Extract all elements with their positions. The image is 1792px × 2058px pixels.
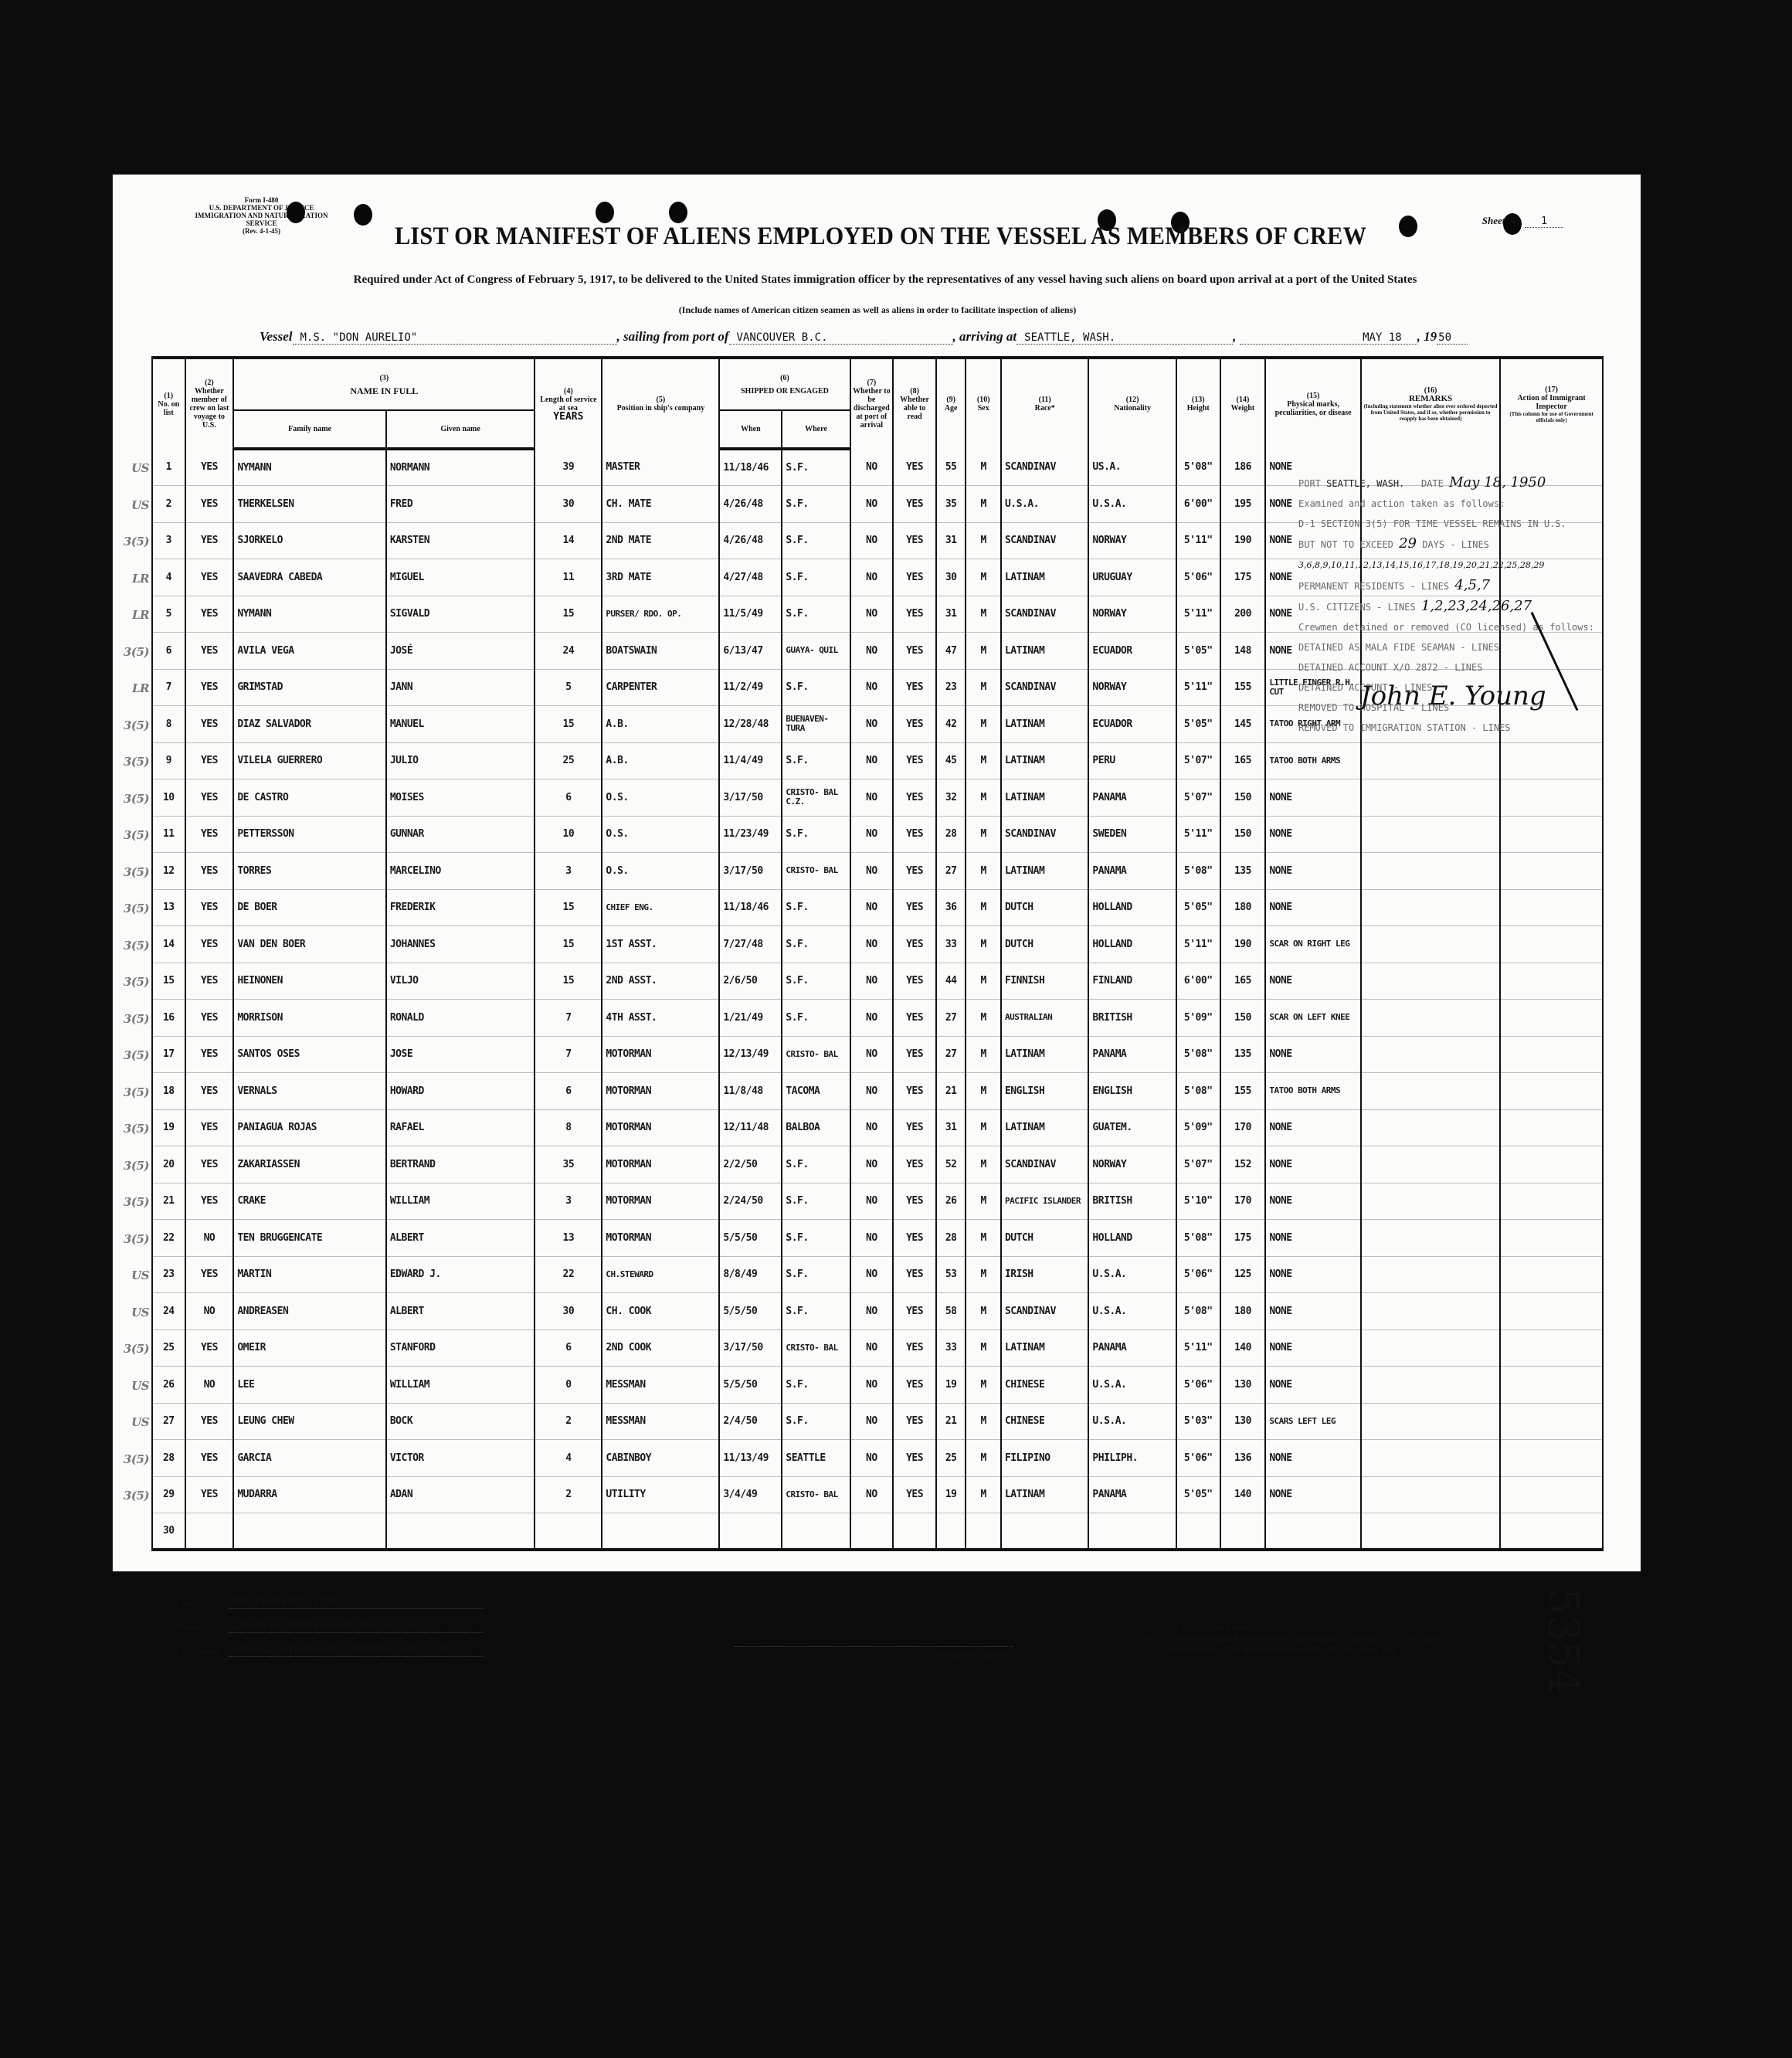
shipping-line: INDEPENDENCE LINE xyxy=(229,1596,484,1609)
cell-sex: M xyxy=(966,853,1001,890)
cell-given: STANFORD xyxy=(386,1330,535,1367)
cell-last-voyage: NO xyxy=(185,1220,234,1257)
cell-when: 11/13/49 xyxy=(719,1440,782,1477)
cell-nationality: U.S.A. xyxy=(1088,1367,1176,1404)
cell-sex: M xyxy=(966,889,1001,926)
cell-where: CRISTO- BAL xyxy=(782,1476,850,1513)
cell-last-voyage: YES xyxy=(185,486,234,523)
cell-sex: M xyxy=(966,1476,1001,1513)
table-row: 3(5)17YESSANTOS OSESJOSE7MOTORMAN12/13/4… xyxy=(152,1036,1603,1073)
cell-nationality: US.A. xyxy=(1088,449,1176,486)
cell-marks: NONE xyxy=(1265,1476,1361,1513)
cell-race: LATINAM xyxy=(1001,1036,1088,1073)
cell-height: 5'08" xyxy=(1176,1036,1220,1073)
cell-no: 3(5)17 xyxy=(152,1036,185,1073)
cell-race: SCANDINAV xyxy=(1001,816,1088,853)
cell-family: GRIMSTAD xyxy=(233,669,386,706)
cell-position: MESSMAN xyxy=(602,1367,719,1404)
cell-sex: M xyxy=(966,1146,1001,1184)
cell-remarks xyxy=(1361,1440,1500,1477)
col-3-header: (3)NAME IN FULL xyxy=(233,358,535,410)
cell-weight: 140 xyxy=(1220,1476,1266,1513)
cell-family: SJORKELO xyxy=(233,522,386,559)
cell-race: LATINAM xyxy=(1001,559,1088,596)
cell-remarks xyxy=(1361,1109,1500,1146)
cell-weight: 170 xyxy=(1220,1183,1266,1220)
cell-race: U.S.A. xyxy=(1001,486,1088,523)
cell-when: 4/27/48 xyxy=(719,559,782,596)
department-name: U.S. DEPARTMENT OF JUSTICE xyxy=(194,204,329,212)
cell-height: 5'08" xyxy=(1176,449,1220,486)
cell-race: SCANDINAV xyxy=(1001,596,1088,633)
cell-race: SCANDINAV xyxy=(1001,1146,1088,1184)
arriving-label: , arriving at xyxy=(953,329,1017,345)
roll-number: 5354 xyxy=(1539,1588,1588,1694)
table-row: 3(5)10YESDE CASTROMOISES6O.S.3/17/50CRIS… xyxy=(152,779,1603,817)
cell-age: 45 xyxy=(936,742,966,779)
cell-when: 2/24/50 xyxy=(719,1183,782,1220)
cell-position: MOTORMAN xyxy=(602,1183,719,1220)
cell-position: MOTORMAN xyxy=(602,1220,719,1257)
cell-family: DE BOER xyxy=(233,889,386,926)
cell-where: S.F. xyxy=(782,889,850,926)
cell-years: 2 xyxy=(535,1476,602,1513)
cell-race: LATINAM xyxy=(1001,633,1088,670)
stamp-us-lines: 1,2,23,24,26,27 xyxy=(1421,598,1532,614)
cell-family: MUDARRA xyxy=(233,1476,386,1513)
cell-weight xyxy=(1220,1513,1266,1550)
cell-given: JOSE xyxy=(386,1036,535,1073)
cell-remarks xyxy=(1361,1403,1500,1440)
cell-marks: SCAR ON RIGHT LEG xyxy=(1265,926,1361,963)
cell-family: TEN BRUGGENCATE xyxy=(233,1220,386,1257)
margin-annotation: LR xyxy=(118,572,149,586)
cell-nationality: FINLAND xyxy=(1088,963,1176,1000)
cell-weight: 150 xyxy=(1220,1000,1266,1037)
cell-discharged: NO xyxy=(850,1220,894,1257)
cell-when: 5/5/50 xyxy=(719,1293,782,1330)
cell-last-voyage xyxy=(185,1513,234,1550)
cell-last-voyage: YES xyxy=(185,926,234,963)
cell-no: 3(5)13 xyxy=(152,889,185,926)
cell-last-voyage: YES xyxy=(185,1183,234,1220)
cell-no: 3(5)8 xyxy=(152,706,185,743)
cell-race: LATINAM xyxy=(1001,853,1088,890)
cell-no: US2 xyxy=(152,486,185,523)
cell-discharged: NO xyxy=(850,706,894,743)
cell-years: 7 xyxy=(535,1000,602,1037)
stamp-date-label: DATE xyxy=(1421,478,1444,489)
cell-given: RONALD xyxy=(386,1000,535,1037)
cell-nationality: NORWAY xyxy=(1088,1146,1176,1184)
cell-family: HEINONEN xyxy=(233,963,386,1000)
cell-nationality: PANAMA xyxy=(1088,1330,1176,1367)
cell-read: YES xyxy=(893,1403,936,1440)
cell-sex: M xyxy=(966,669,1001,706)
col-8-header: (8)Whether able to read xyxy=(893,358,936,449)
cell-given: FRED xyxy=(386,486,535,523)
cell-race: DUTCH xyxy=(1001,889,1088,926)
cell-discharged: NO xyxy=(850,1183,894,1220)
cell-inspector-action xyxy=(1500,926,1603,963)
cell-remarks xyxy=(1361,889,1500,926)
cell-family: VILELA GUERRERO xyxy=(233,742,386,779)
cell-marks: TATOO BOTH ARMS xyxy=(1265,1073,1361,1110)
cell-read: YES xyxy=(893,1073,936,1110)
cell-weight: 190 xyxy=(1220,926,1266,963)
cell-when: 11/18/46 xyxy=(719,889,782,926)
cell-sex: M xyxy=(966,596,1001,633)
cell-years: 35 xyxy=(535,1146,602,1184)
cell-height xyxy=(1176,1513,1220,1550)
cell-remarks xyxy=(1361,816,1500,853)
table-row: 3(5)12YESTORRESMARCELINO3O.S.3/17/50CRIS… xyxy=(152,853,1603,890)
margin-annotation: 3(5) xyxy=(118,1159,149,1173)
cell-sex: M xyxy=(966,559,1001,596)
col-7-header: (7)Whether to be discharged at port of a… xyxy=(850,358,894,449)
cell-nationality: U.S.A. xyxy=(1088,486,1176,523)
cell-height: 5'06" xyxy=(1176,1440,1220,1477)
cell-remarks xyxy=(1361,1256,1500,1293)
cell-position: A.B. xyxy=(602,742,719,779)
cell-race: SCANDINAV xyxy=(1001,669,1088,706)
cell-age: 58 xyxy=(936,1293,966,1330)
table-row: 3(5)21YESCRAKEWILLIAM3MOTORMAN2/24/50S.F… xyxy=(152,1183,1603,1220)
cell-inspector-action xyxy=(1500,1000,1603,1037)
cell-weight: 165 xyxy=(1220,963,1266,1000)
cell-last-voyage: YES xyxy=(185,889,234,926)
cell-no: 3(5)6 xyxy=(152,633,185,670)
cell-position: MOTORMAN xyxy=(602,1109,719,1146)
margin-annotation: 3(5) xyxy=(118,865,149,879)
cell-no: 3(5)15 xyxy=(152,963,185,1000)
cell-where: TACOMA xyxy=(782,1073,850,1110)
footnote: *See list of races on back hereof. NOTE.… xyxy=(1140,1623,1448,1656)
cell-remarks xyxy=(1361,963,1500,1000)
cell-given: JULIO xyxy=(386,742,535,779)
punch-hole-icon xyxy=(354,204,372,226)
cell-given: BOCK xyxy=(386,1403,535,1440)
cell-race: FILIPINO xyxy=(1001,1440,1088,1477)
cell-read: YES xyxy=(893,1036,936,1073)
cell-no: 3(5)3 xyxy=(152,522,185,559)
cell-family: ANDREASEN xyxy=(233,1293,386,1330)
cell-position: 4TH ASST. xyxy=(602,1000,719,1037)
cell-no: 3(5)28 xyxy=(152,1440,185,1477)
cell-when: 4/26/48 xyxy=(719,522,782,559)
cell-nationality: HOLLAND xyxy=(1088,1220,1176,1257)
col-14-header: (14)Weight xyxy=(1220,358,1266,449)
cell-family: PETTERSSON xyxy=(233,816,386,853)
cell-where: GUAYA- QUIL xyxy=(782,633,850,670)
cell-family: VAN DEN BOER xyxy=(233,926,386,963)
cell-no: 3(5)19 xyxy=(152,1109,185,1146)
cell-when: 8/8/49 xyxy=(719,1256,782,1293)
cell-race: IRISH xyxy=(1001,1256,1088,1293)
table-row: 3(5)20YESZAKARIASSENBERTRAND35MOTORMAN2/… xyxy=(152,1146,1603,1184)
cell-last-voyage: YES xyxy=(185,1073,234,1110)
cell-remarks xyxy=(1361,1036,1500,1073)
cell-nationality: PERU xyxy=(1088,742,1176,779)
cell-inspector-action xyxy=(1500,816,1603,853)
table-row: 3(5)9YESVILELA GUERREROJULIO25A.B.11/4/4… xyxy=(152,742,1603,779)
cell-given: GUNNAR xyxy=(386,816,535,853)
cell-discharged: NO xyxy=(850,522,894,559)
cell-sex: M xyxy=(966,1073,1001,1110)
margin-annotation: 3(5) xyxy=(118,1232,149,1246)
cell-given: RAFAEL xyxy=(386,1109,535,1146)
cell-height: 6'00" xyxy=(1176,486,1220,523)
cell-nationality: PANAMA xyxy=(1088,779,1176,817)
margin-annotation: US xyxy=(118,461,149,475)
cell-discharged: NO xyxy=(850,963,894,1000)
cell-family: TORRES xyxy=(233,853,386,890)
cell-years: 15 xyxy=(535,596,602,633)
cell-last-voyage: YES xyxy=(185,449,234,486)
cell-when: 11/4/49 xyxy=(719,742,782,779)
cell-read: YES xyxy=(893,596,936,633)
cell-position: O.S. xyxy=(602,779,719,817)
cell-given: NORMANN xyxy=(386,449,535,486)
cell-years: 5 xyxy=(535,669,602,706)
cell-where: SEATTLE xyxy=(782,1440,850,1477)
stamp-port: SEATTLE, WASH. xyxy=(1326,478,1404,489)
cell-when: 11/2/49 xyxy=(719,669,782,706)
margin-annotation: US xyxy=(118,1268,149,1282)
stamp-perm-label: PERMANENT RESIDENTS - LINES xyxy=(1298,581,1449,592)
cell-last-voyage: YES xyxy=(185,1330,234,1367)
cell-weight: 165 xyxy=(1220,742,1266,779)
cell-marks xyxy=(1265,1513,1361,1550)
sheet-number: Sheet No. 1 xyxy=(1482,215,1563,228)
cell-where xyxy=(782,1513,850,1550)
local-agents-value: GENERAL STEAMSHIP CORPORATION, LTD. xyxy=(229,1644,484,1657)
cell-years: 7 xyxy=(535,1036,602,1073)
cell-discharged: NO xyxy=(850,926,894,963)
cell-sex: M xyxy=(966,1220,1001,1257)
cell-nationality: PANAMA xyxy=(1088,1476,1176,1513)
cell-discharged: NO xyxy=(850,816,894,853)
cell-nationality: URUGUAY xyxy=(1088,559,1176,596)
cell-when: 3/17/50 xyxy=(719,779,782,817)
cell-last-voyage: NO xyxy=(185,1367,234,1404)
cell-marks: NONE xyxy=(1265,1146,1361,1184)
cell-given: VILJO xyxy=(386,963,535,1000)
cell-marks: NONE xyxy=(1265,816,1361,853)
cell-when: 2/4/50 xyxy=(719,1403,782,1440)
cell-when: 4/26/48 xyxy=(719,486,782,523)
table-row: 30 xyxy=(152,1513,1603,1550)
cell-position: O.S. xyxy=(602,816,719,853)
cell-weight: 175 xyxy=(1220,1220,1266,1257)
cell-read: YES xyxy=(893,1367,936,1404)
cell-remarks xyxy=(1361,1367,1500,1404)
cell-age: 31 xyxy=(936,1109,966,1146)
cell-nationality: GUATEM. xyxy=(1088,1109,1176,1146)
cell-no: LR7 xyxy=(152,669,185,706)
cell-last-voyage: YES xyxy=(185,633,234,670)
cell-sex: M xyxy=(966,816,1001,853)
form-number: Form I-480 xyxy=(194,196,329,204)
cell-discharged: NO xyxy=(850,1036,894,1073)
cell-no: 3(5)14 xyxy=(152,926,185,963)
cell-age: 21 xyxy=(936,1073,966,1110)
cell-read xyxy=(893,1513,936,1550)
table-row: 3(5)13YESDE BOERFREDERIK15CHIEF ENG.11/1… xyxy=(152,889,1603,926)
cell-remarks xyxy=(1361,742,1500,779)
cell-age: 42 xyxy=(936,706,966,743)
margin-annotation: 3(5) xyxy=(118,828,149,842)
cell-marks: NONE xyxy=(1265,1256,1361,1293)
cell-years: 15 xyxy=(535,889,602,926)
cell-marks: NONE xyxy=(1265,779,1361,817)
cell-read: YES xyxy=(893,1109,936,1146)
cell-when: 11/18/46 xyxy=(719,449,782,486)
cell-years: 11 xyxy=(535,559,602,596)
year-prefix: 19 xyxy=(1424,329,1437,345)
margin-annotation: 3(5) xyxy=(118,1012,149,1026)
margin-annotation: US xyxy=(118,1379,149,1393)
col-17-header: (17)Action of Immigrant Inspector(This c… xyxy=(1500,358,1603,449)
cell-nationality: NORWAY xyxy=(1088,669,1176,706)
cell-where: S.F. xyxy=(782,1293,850,1330)
cell-race: LATINAM xyxy=(1001,1476,1088,1513)
cell-read: YES xyxy=(893,1146,936,1184)
cell-remarks xyxy=(1361,1220,1500,1257)
vessel-info-line: Vessel M.S. "DON AURELIO" , sailing from… xyxy=(260,329,1573,345)
cell-weight: 180 xyxy=(1220,1293,1266,1330)
cell-years: 6 xyxy=(535,779,602,817)
inspector-signature: John E. Young xyxy=(1360,681,1546,711)
cell-age: 32 xyxy=(936,779,966,817)
cell-position: MASTER xyxy=(602,449,719,486)
cell-height: 5'08" xyxy=(1176,1220,1220,1257)
cell-nationality: NORWAY xyxy=(1088,596,1176,633)
cell-remarks xyxy=(1361,1183,1500,1220)
arrival-port: SEATTLE, WASH. xyxy=(1016,331,1233,345)
cell-remarks xyxy=(1361,1330,1500,1367)
cell-age: 33 xyxy=(936,926,966,963)
cell-family: GARCIA xyxy=(233,1440,386,1477)
cell-when: 12/11/48 xyxy=(719,1109,782,1146)
cell-inspector-action xyxy=(1500,1293,1603,1330)
cell-discharged: NO xyxy=(850,1367,894,1404)
cell-race: LATINAM xyxy=(1001,742,1088,779)
cell-last-voyage: YES xyxy=(185,596,234,633)
cell-remarks xyxy=(1361,1146,1500,1184)
cell-read: YES xyxy=(893,669,936,706)
stamp-immigration-station: REMOVED TO IMMIGRATION STATION - LINES xyxy=(1298,718,1712,738)
cell-nationality: BRITISH xyxy=(1088,1183,1176,1220)
cell-age: 53 xyxy=(936,1256,966,1293)
cell-race: AUSTRALIAN xyxy=(1001,1000,1088,1037)
cell-marks: NONE xyxy=(1265,1036,1361,1073)
cell-read: YES xyxy=(893,1293,936,1330)
cell-race: CHINESE xyxy=(1001,1367,1088,1404)
col-16-header: (16)REMARKS(Including statement whether … xyxy=(1361,358,1500,449)
cell-age: 30 xyxy=(936,559,966,596)
cell-nationality: HOLLAND xyxy=(1088,926,1176,963)
cell-race xyxy=(1001,1513,1088,1550)
cell-sex: M xyxy=(966,486,1001,523)
cell-sex: M xyxy=(966,963,1001,1000)
cell-no: 3(5)16 xyxy=(152,1000,185,1037)
cell-sex: M xyxy=(966,1183,1001,1220)
cell-where: S.F. xyxy=(782,1000,850,1037)
col-13-header: (13)Height xyxy=(1176,358,1220,449)
cell-sex: M xyxy=(966,1000,1001,1037)
cell-where: BUENAVEN- TURA xyxy=(782,706,850,743)
cell-last-voyage: YES xyxy=(185,1440,234,1477)
cell-family: PANIAGUA ROJAS xyxy=(233,1109,386,1146)
cell-given: ADAN xyxy=(386,1476,535,1513)
cell-no: 3(5)21 xyxy=(152,1183,185,1220)
cell-age: 27 xyxy=(936,853,966,890)
cell-weight: 125 xyxy=(1220,1256,1266,1293)
cell-position: CARPENTER xyxy=(602,669,719,706)
cell-age: 21 xyxy=(936,1403,966,1440)
cell-no: 3(5)18 xyxy=(152,1073,185,1110)
cell-where: CRISTO- BAL xyxy=(782,1330,850,1367)
cell-marks: SCAR ON LEFT KNEE xyxy=(1265,1000,1361,1037)
cell-position: PURSER/ RDO. OP. xyxy=(602,596,719,633)
cell-family: MARTIN xyxy=(233,1256,386,1293)
cell-inspector-action xyxy=(1500,1440,1603,1477)
cell-age: 33 xyxy=(936,1330,966,1367)
cell-nationality: BRITISH xyxy=(1088,1000,1176,1037)
stamp-examined: Examined and action taken as follows: xyxy=(1298,494,1712,514)
cell-height: 5'05" xyxy=(1176,889,1220,926)
cell-last-voyage: YES xyxy=(185,669,234,706)
cell-where: CRISTO- BAL xyxy=(782,1036,850,1073)
cell-no: US1 xyxy=(152,449,185,486)
cell-height: 5'08" xyxy=(1176,1073,1220,1110)
cell-discharged: NO xyxy=(850,1000,894,1037)
cell-read: YES xyxy=(893,522,936,559)
table-row: US27YESLEUNG CHEWBOCK2MESSMAN2/4/50S.F.N… xyxy=(152,1403,1603,1440)
cell-last-voyage: YES xyxy=(185,1146,234,1184)
cell-position: CH. MATE xyxy=(602,486,719,523)
cell-nationality: NORWAY xyxy=(1088,522,1176,559)
cell-position: CABINBOY xyxy=(602,1440,719,1477)
line-label: Line xyxy=(175,1598,229,1608)
cell-sex: M xyxy=(966,449,1001,486)
cell-last-voyage: YES xyxy=(185,706,234,743)
cell-discharged: NO xyxy=(850,1330,894,1367)
cell-no: 3(5)11 xyxy=(152,816,185,853)
margin-annotation: 3(5) xyxy=(118,1489,149,1503)
cell-where: S.F. xyxy=(782,816,850,853)
cell-years: 30 xyxy=(535,486,602,523)
cell-no: 3(5)20 xyxy=(152,1146,185,1184)
cell-race: CHINESE xyxy=(1001,1403,1088,1440)
cell-when: 1/21/49 xyxy=(719,1000,782,1037)
stamp-port-label: PORT xyxy=(1298,478,1321,489)
cell-no: US27 xyxy=(152,1403,185,1440)
cell-no: 30 xyxy=(152,1513,185,1550)
stamp-us-label: U.S. CITIZENS - LINES xyxy=(1298,602,1416,613)
cell-height: 5'11" xyxy=(1176,596,1220,633)
cell-discharged xyxy=(850,1513,894,1550)
cell-family: LEE xyxy=(233,1367,386,1404)
margin-annotation: 3(5) xyxy=(118,792,149,806)
cell-inspector-action xyxy=(1500,853,1603,890)
cell-sex: M xyxy=(966,1367,1001,1404)
stamp-exceed: BUT NOT TO EXCEED xyxy=(1298,539,1393,550)
cell-where: S.F. xyxy=(782,926,850,963)
cell-years: 15 xyxy=(535,963,602,1000)
cell-when: 2/6/50 xyxy=(719,963,782,1000)
